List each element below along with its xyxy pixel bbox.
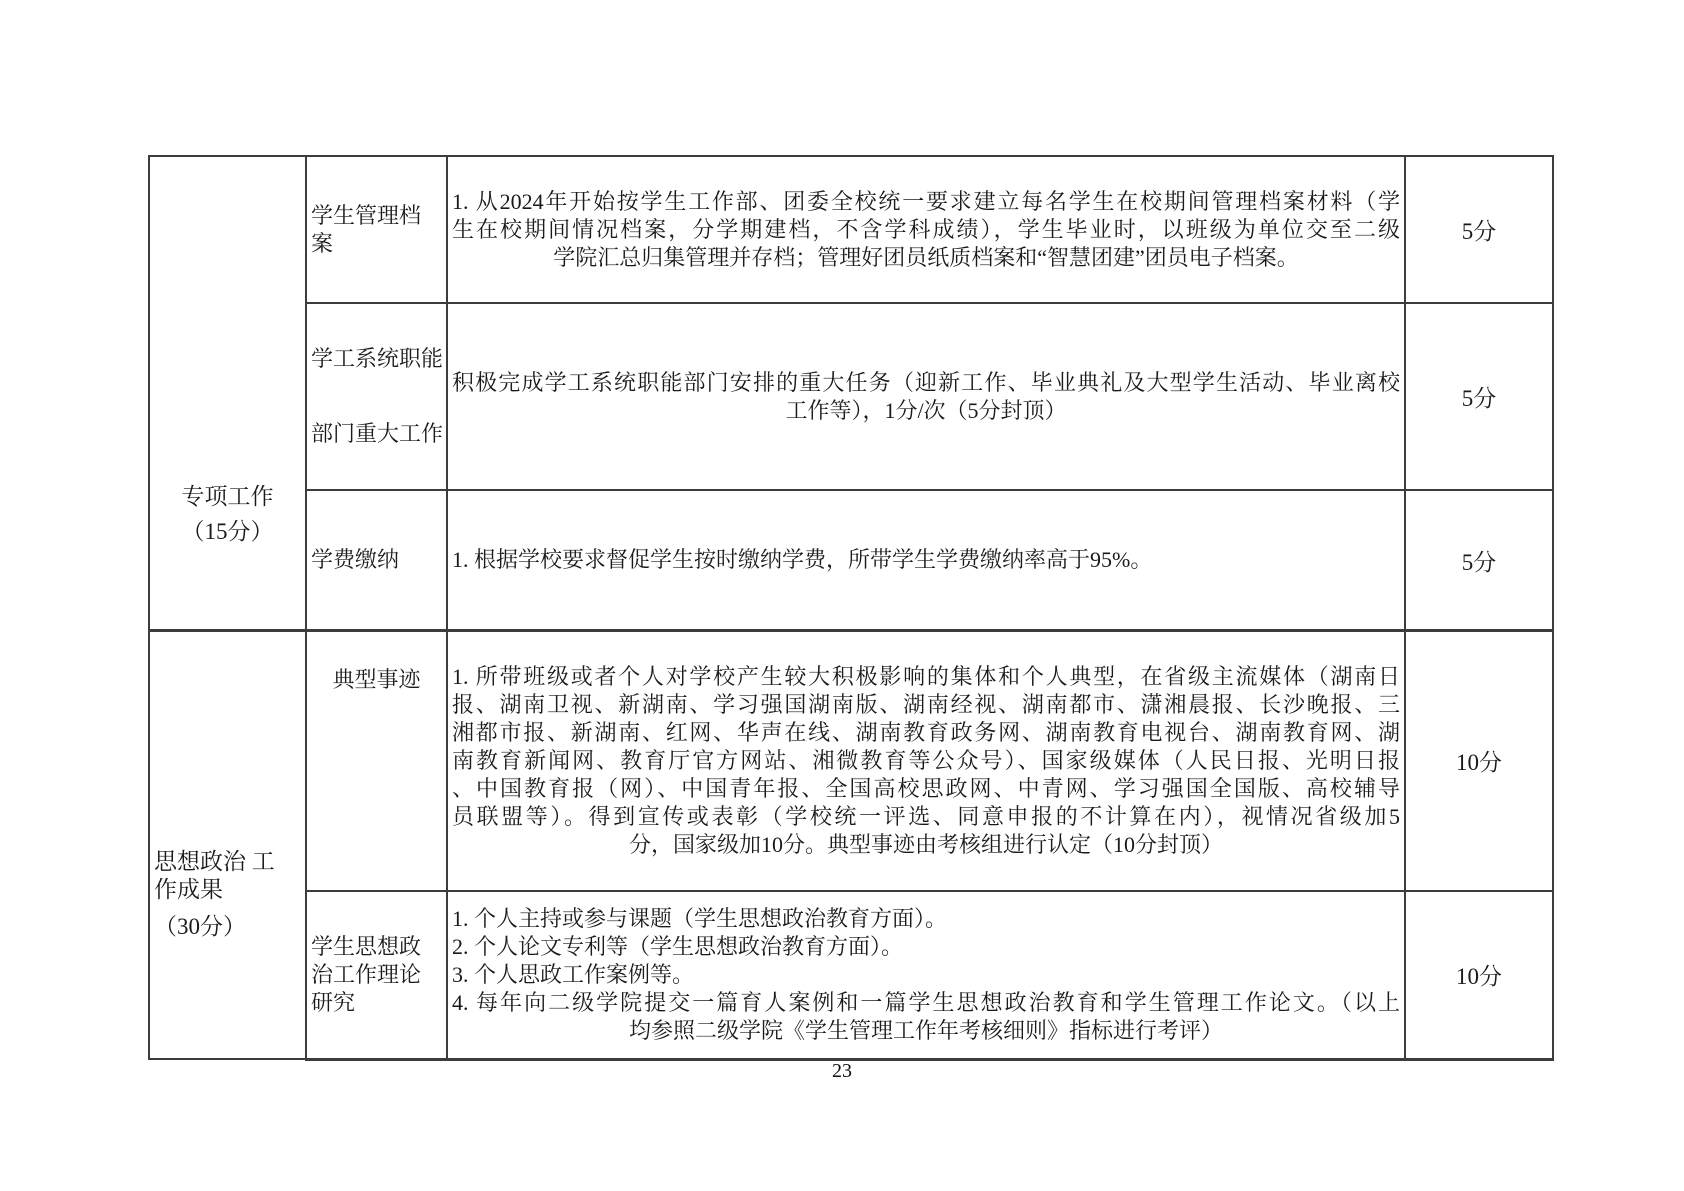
table-row: 思想政治 工 作成果 （30分） 典型事迹 1. 所带班级或者个人对学校产生较大… <box>149 631 1553 891</box>
text-line: 均参照二级学院《学生管理工作年考核细则》指标进行考评） <box>452 1017 1400 1045</box>
text-line: 分，国家级加10分。典型事迹由考核组进行认定（10分封顶） <box>452 831 1400 859</box>
item-line: 学生思想政 <box>311 933 444 961</box>
text-line: 1. 所带班级或者个人对学校产生较大积极影响的集体和个人典型，在省级主流媒体（湖… <box>452 663 1400 691</box>
score-cell: 5分 <box>1405 303 1553 490</box>
page-number: 23 <box>0 1060 1684 1083</box>
category-cell-special-work: 专项工作 （15分） <box>149 156 306 631</box>
category-line: 专项工作 <box>150 483 305 511</box>
score-cell: 10分 <box>1405 631 1553 891</box>
text-line: 报、湖南卫视、新湖南、学习强国湖南版、湖南经视、湖南都市、潇湘晨报、长沙晚报、三 <box>452 691 1400 719</box>
item-line: 典型事迹 <box>309 666 444 694</box>
item-line: 部门重大工作 <box>311 420 444 448</box>
category-line: 作成果 <box>154 876 305 904</box>
assessment-table: 专项工作 （15分） 学生管理档 案 1. 从2024年开始按学生工作部、团委全… <box>148 155 1554 1061</box>
text-line: 2. 个人论文专利等（学生思想政治教育方面）。 <box>452 933 1400 961</box>
description-cell: 1. 根据学校要求督促学生按时缴纳学费，所带学生学费缴纳率高于95%。 <box>447 490 1405 631</box>
text-line: 积极完成学工系统职能部门安排的重大任务（迎新工作、毕业典礼及大型学生活动、毕业离… <box>452 369 1400 397</box>
item-line: 学费缴纳 <box>311 546 444 574</box>
description-cell: 1. 所带班级或者个人对学校产生较大积极影响的集体和个人典型，在省级主流媒体（湖… <box>447 631 1405 891</box>
description-cell: 1. 从2024年开始按学生工作部、团委全校统一要求建立每名学生在校期间管理档案… <box>447 156 1405 303</box>
text-line: 员联盟等）。得到宣传或表彰（学校统一评选、同意申报的不计算在内），视情况省级加5 <box>452 803 1400 831</box>
category-line: （30分） <box>154 913 305 941</box>
item-line: 研究 <box>311 989 444 1017</box>
text-line: 4. 每年向二级学院提交一篇育人案例和一篇学生思想政治教育和学生管理工作论文。（… <box>452 989 1400 1017</box>
item-cell: 学费缴纳 <box>306 490 447 631</box>
description-cell: 1. 个人主持或参与课题（学生思想政治教育方面）。 2. 个人论文专利等（学生思… <box>447 891 1405 1059</box>
score-cell: 5分 <box>1405 490 1553 631</box>
text-line: 1. 根据学校要求督促学生按时缴纳学费，所带学生学费缴纳率高于95%。 <box>452 546 1400 574</box>
score-cell: 5分 <box>1405 156 1553 303</box>
text-line: 工作等），1分/次（5分封顶） <box>452 397 1400 425</box>
table-row: 学生思想政 治工作理论 研究 1. 个人主持或参与课题（学生思想政治教育方面）。… <box>149 891 1553 1059</box>
item-line: 治工作理论 <box>311 961 444 989</box>
text-line: 湘都市报、新湖南、红网、华声在线、湖南教育政务网、湖南教育电视台、湖南教育网、湖 <box>452 719 1400 747</box>
table-row: 学工系统职能 部门重大工作 积极完成学工系统职能部门安排的重大任务（迎新工作、毕… <box>149 303 1553 490</box>
item-line: 案 <box>311 230 444 258</box>
text-line: 、中国教育报（网）、中国青年报、全国高校思政网、中青网、学习强国全国版、高校辅导 <box>452 775 1400 803</box>
table-row: 专项工作 （15分） 学生管理档 案 1. 从2024年开始按学生工作部、团委全… <box>149 156 1553 303</box>
text-line: 1. 个人主持或参与课题（学生思想政治教育方面）。 <box>452 905 1400 933</box>
text-line: 学院汇总归集管理并存档；管理好团员纸质档案和“智慧团建”团员电子档案。 <box>452 244 1400 272</box>
category-line: （15分） <box>150 518 305 546</box>
text-line: 3. 个人思政工作案例等。 <box>452 961 1400 989</box>
score-cell: 10分 <box>1405 891 1553 1059</box>
item-cell: 学工系统职能 部门重大工作 <box>306 303 447 490</box>
category-cell-ideological-work: 思想政治 工 作成果 （30分） <box>149 631 306 1060</box>
description-cell: 积极完成学工系统职能部门安排的重大任务（迎新工作、毕业典礼及大型学生活动、毕业离… <box>447 303 1405 490</box>
text-line: 南教育新闻网、教育厅官方网站、湘微教育等公众号）、国家级媒体（人民日报、光明日报 <box>452 747 1400 775</box>
item-cell: 学生思想政 治工作理论 研究 <box>306 891 447 1059</box>
item-line: 学工系统职能 <box>311 345 444 373</box>
item-line: 学生管理档 <box>311 202 444 230</box>
document-page: 专项工作 （15分） 学生管理档 案 1. 从2024年开始按学生工作部、团委全… <box>0 0 1684 1191</box>
item-cell: 学生管理档 案 <box>306 156 447 303</box>
text-line: 生在校期间情况档案，分学期建档，不含学科成绩），学生毕业时，以班级为单位交至二级 <box>452 216 1400 244</box>
item-cell: 典型事迹 <box>306 631 447 891</box>
text-line: 1. 从2024年开始按学生工作部、团委全校统一要求建立每名学生在校期间管理档案… <box>452 188 1400 216</box>
category-line: 思想政治 工 <box>154 848 305 876</box>
table-row: 学费缴纳 1. 根据学校要求督促学生按时缴纳学费，所带学生学费缴纳率高于95%。… <box>149 490 1553 631</box>
